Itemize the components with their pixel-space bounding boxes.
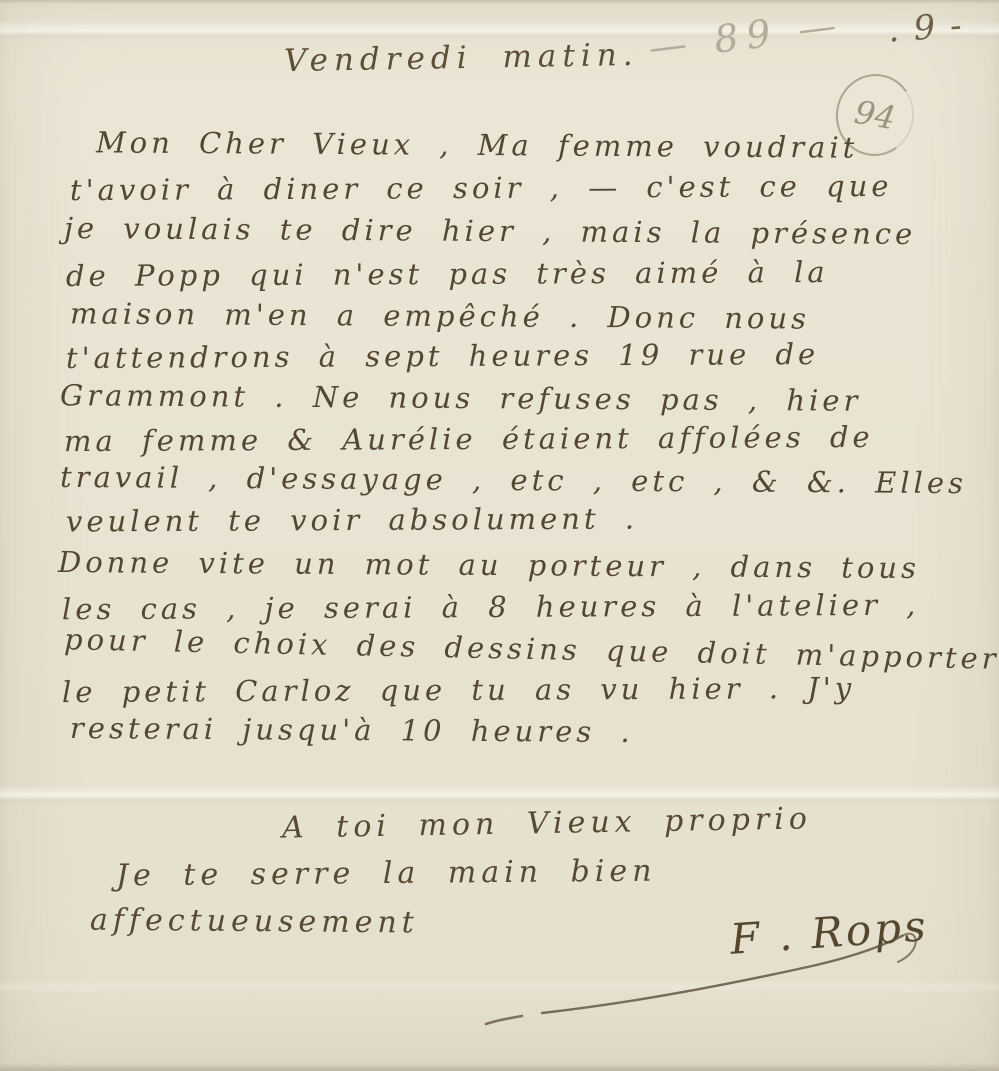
closing-line: A toi mon Vieux proprio [282,801,812,845]
paper-edge-bottom [0,1063,999,1071]
letter-line: le petit Carloz que tu as vu hier . J'y [62,671,855,709]
letter-line: resterai jusqu'à 10 heures . [70,711,634,749]
letter-page: Vendredi matin. — 89 — . 9 - 94 Mon Cher… [0,0,999,1071]
letter-line: de Popp qui n'est pas très aimé à la [66,255,829,293]
ink-page-number: . 9 - [887,5,965,50]
paper-edge-top [0,0,999,4]
letter-line: Donne vite un mot au porteur , dans tous [58,545,920,585]
signature: F . Rops [729,901,930,964]
letter-line: je voulais te dire hier , mais la présen… [64,211,916,251]
letter-line: ma femme & Aurélie étaient affolées de [64,420,874,458]
letter-line: les cas , je serai à 8 heures à l'atelie… [62,588,920,626]
letter-line: veulent te voir absolument . [66,502,638,539]
letter-line: pour le choix des dessins que doit m'app… [64,622,999,676]
dateline: Vendredi matin. [284,37,639,79]
fold-crease-bottom [0,980,999,994]
letter-line: Grammont . Ne nous refuses pas , hier [60,378,862,418]
letter-line: t'avoir à diner ce soir , — c'est ce que [70,169,893,207]
fold-crease-middle [0,786,999,806]
letter-line: maison m'en a empêché . Donc nous [70,296,810,335]
closing-line: affectueusement [90,903,419,941]
closing-line: Je te serre la main bien [116,854,657,894]
pencil-page-number: — 89 — [646,2,846,70]
letter-line: Mon Cher Vieux , Ma femme voudrait [96,125,859,164]
letter-line: travail , d'essayage , etc , etc , & &. … [60,460,967,500]
letter-line: t'attendrons à sept heures 19 rue de [66,337,819,375]
circled-page-number-value: 94 [852,93,899,137]
